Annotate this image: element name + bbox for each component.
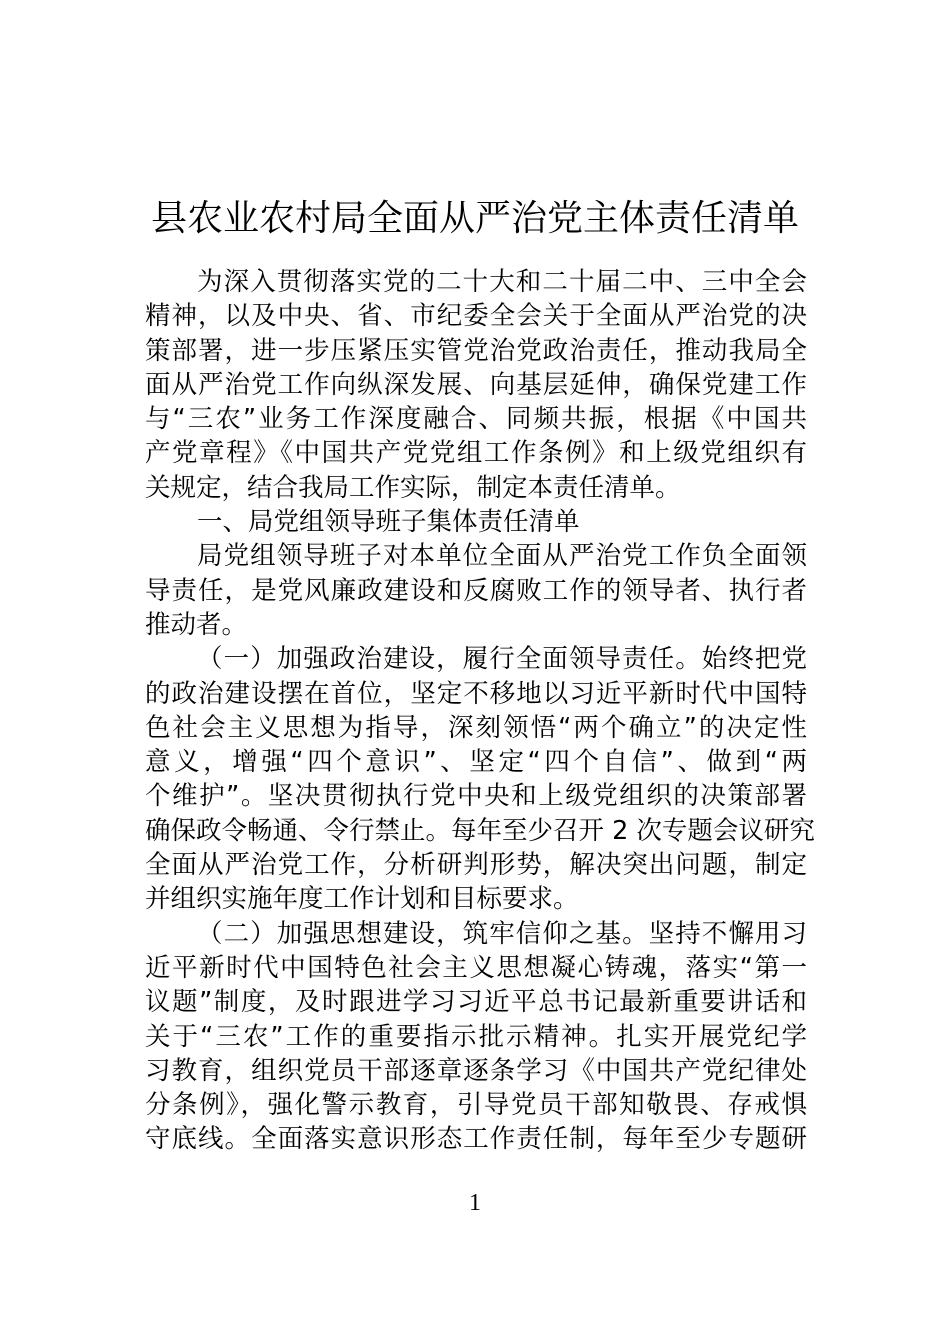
paragraph-line: 关规定，结合我局工作实际，制定本责任清单。 <box>145 471 807 505</box>
paragraph-line: 习教育，组织党员干部逐章逐条学习《中国共产党纪律处 <box>145 1054 807 1088</box>
paragraph-line: 并组织实施年度工作计划和目标要求。 <box>145 882 807 916</box>
paragraph-line: 策部署，进一步压紧压实管党治党政治责任，推动我局全 <box>145 334 807 368</box>
paragraph-first-line: （一）加强政治建设，履行全面领导责任。始终把党 <box>145 642 807 676</box>
paragraph-line: 精神，以及中央、省、市纪委全会关于全面从严治党的决 <box>145 299 807 333</box>
paragraph-line: 推动者。 <box>145 608 807 642</box>
paragraph-line: 导责任，是党风廉政建设和反腐败工作的领导者、执行者 <box>145 574 807 608</box>
paragraph-line: 确保政令畅通、令行禁止。每年至少召开 2 次专题会议研究 <box>145 814 807 848</box>
paragraph-line: 议题”制度，及时跟进学习习近平总书记最新重要讲话和 <box>145 985 807 1019</box>
paragraph-line: 与“三农”业务工作深度融合、同频共振，根据《中国共 <box>145 402 807 436</box>
paragraph-line: 色社会主义思想为指导，深刻领悟“两个确立”的决定性 <box>145 711 807 745</box>
paragraph-line: 守底线。全面落实意识形态工作责任制，每年至少专题研 <box>145 1122 807 1156</box>
paragraph-line: 近平新时代中国特色社会主义思想凝心铸魂，落实“第一 <box>145 951 807 985</box>
paragraph-line: 意义，增强“四个意识”、坚定“四个自信”、做到“两 <box>145 745 807 779</box>
paragraph-first-line: 局党组领导班子对本单位全面从严治党工作负全面领 <box>145 539 807 573</box>
document-body: 为深入贯彻落实党的二十大和二十届二中、三中全会精神，以及中央、省、市纪委全会关于… <box>145 265 807 1157</box>
paragraph-line: 关于“三农”工作的重要指示批示精神。扎实开展党纪学 <box>145 1020 807 1054</box>
paragraph-line: 面从严治党工作向纵深发展、向基层延伸，确保党建工作 <box>145 368 807 402</box>
paragraph-line: 全面从严治党工作，分析研判形势，解决突出问题，制定 <box>145 848 807 882</box>
paragraph-line: 产党章程》《中国共产党党组工作条例》和上级党组织有 <box>145 436 807 470</box>
paragraph-first-line: 一、局党组领导班子集体责任清单 <box>145 505 807 539</box>
paragraph-line: 分条例》，强化警示教育，引导党员干部知敬畏、存戒惧 <box>145 1088 807 1122</box>
paragraph-line: 个维护”。坚决贯彻执行党中央和上级党组织的决策部署 <box>145 779 807 813</box>
paragraph-line: 的政治建设摆在首位，坚定不移地以习近平新时代中国特 <box>145 677 807 711</box>
document-title: 县农业农村局全面从严治党主体责任清单 <box>0 196 950 242</box>
paragraph-first-line: （二）加强思想建设，筑牢信仰之基。坚持不懈用习 <box>145 917 807 951</box>
page-number: 1 <box>0 1188 950 1218</box>
document-page: 县农业农村局全面从严治党主体责任清单 为深入贯彻落实党的二十大和二十届二中、三中… <box>0 0 950 1344</box>
paragraph-first-line: 为深入贯彻落实党的二十大和二十届二中、三中全会 <box>145 265 807 299</box>
